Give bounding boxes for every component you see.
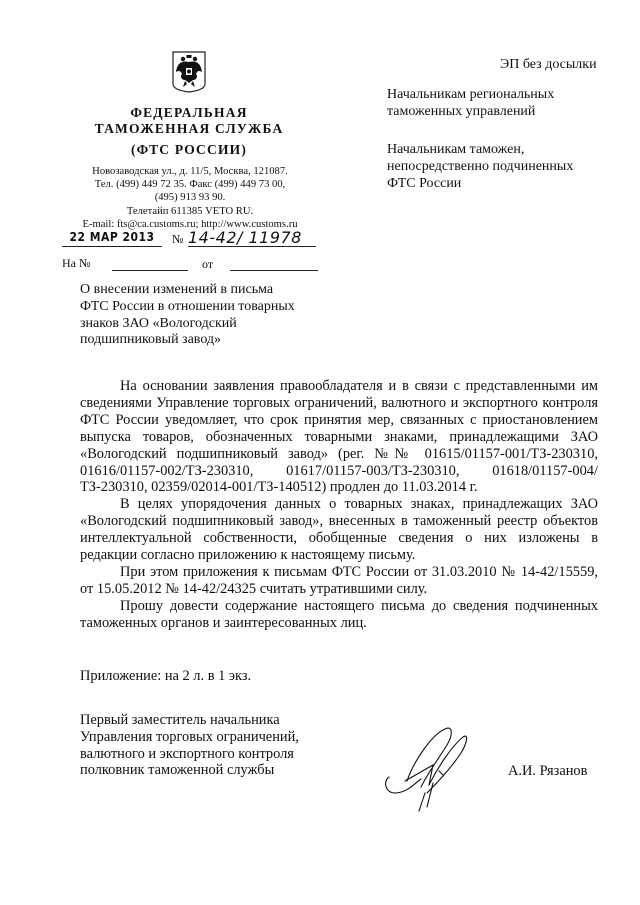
addressee-regional: Начальникам региональных таможенных упра… xyxy=(387,86,554,120)
signer-title: Первый заместитель начальника Управления… xyxy=(80,712,299,779)
teletype-line: Телетайп 611385 VETO RU. xyxy=(60,205,320,218)
number-label: № xyxy=(172,232,183,247)
addressee-line: непосредственно подчиненных xyxy=(387,158,573,175)
delivery-mark: ЭП без досылки xyxy=(500,57,597,73)
org-name-short: (ФТС РОССИИ) xyxy=(60,142,318,158)
addressee-line: Начальникам региональных xyxy=(387,86,554,103)
signer-name: А.И. Рязанов xyxy=(508,763,587,780)
ref-no-blank xyxy=(112,270,188,271)
subject-line: ФТС России в отношении товарных xyxy=(80,299,320,316)
coat-of-arms-icon xyxy=(171,50,207,94)
letter-subject: О внесении изменений в письма ФТС России… xyxy=(80,282,320,349)
addressee-line: таможенных управлений xyxy=(387,103,554,120)
letter-date-stamp: 22 MAP 2013 xyxy=(62,230,162,247)
subject-line: О внесении изменений в письма xyxy=(80,282,320,299)
org-name-line1: ФЕДЕРАЛЬНАЯ xyxy=(60,105,318,121)
ref-from-label: от xyxy=(202,257,213,272)
reference-row: На № от xyxy=(62,256,318,274)
body-paragraph: В целях упорядочения данных о товарных з… xyxy=(80,496,598,564)
title-line: полковник таможенной службы xyxy=(80,762,299,779)
org-name-line2: ТАМОЖЕННАЯ СЛУЖБА xyxy=(60,121,318,137)
address-line: Новозаводская ул., д. 11/5, Москва, 1210… xyxy=(60,165,320,178)
addressee-line: Начальникам таможен, xyxy=(387,141,573,158)
addressee-customs: Начальникам таможен, непосредственно под… xyxy=(387,141,573,192)
addressee-line: ФТС России xyxy=(387,175,573,192)
title-line: Управления торговых ограничений, xyxy=(80,729,299,746)
appendix-note: Приложение: на 2 л. в 1 экз. xyxy=(80,668,251,685)
date-number-row: 22 MAP 2013 № 14-42/ 11978 xyxy=(62,230,318,248)
subject-line: подшипниковый завод» xyxy=(80,332,320,349)
body-paragraph: На основании заявления правообладателя и… xyxy=(80,378,598,496)
org-address: Новозаводская ул., д. 11/5, Москва, 1210… xyxy=(60,165,320,231)
letter-number-handwritten: 14-42/ 11978 xyxy=(188,228,316,247)
body-paragraph: При этом приложения к письмам ФТС России… xyxy=(80,564,598,598)
body-paragraph: Прошу довести содержание настоящего пись… xyxy=(80,598,598,632)
phone-line: Тел. (499) 449 72 35. Факс (499) 449 73 … xyxy=(60,178,320,191)
ref-no-label: На № xyxy=(62,256,90,271)
title-line: Первый заместитель начальника xyxy=(80,712,299,729)
letter-body: На основании заявления правообладателя и… xyxy=(80,378,598,632)
handwritten-signature-icon xyxy=(383,715,503,815)
phone-line: (495) 913 93 90. xyxy=(60,191,320,204)
subject-line: знаков ЗАО «Вологодский xyxy=(80,316,320,333)
title-line: валютного и экспортного контроля xyxy=(80,746,299,763)
ref-from-blank xyxy=(230,270,318,271)
